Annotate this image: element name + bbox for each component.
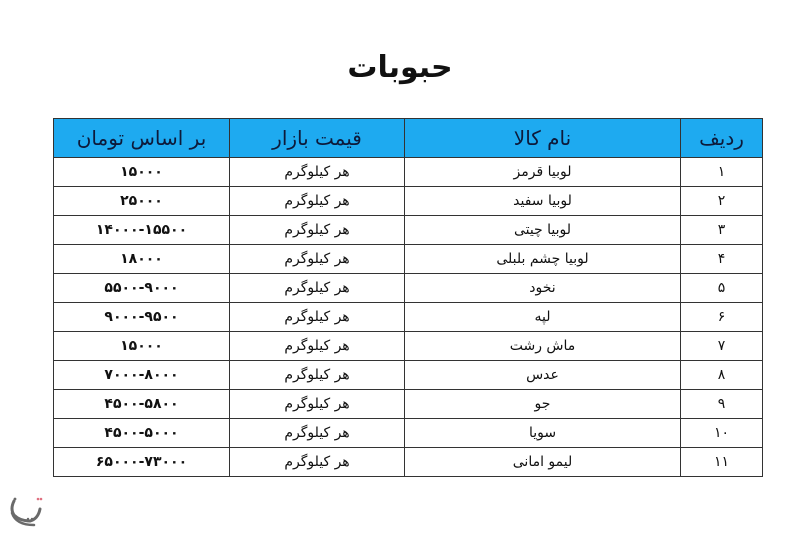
tasnim-logo-icon [6,495,46,535]
table-row: ۱ لوبیا قرمز هر کیلوگرم ۱۵۰۰۰ [54,158,763,187]
item-name: سویا [405,419,681,448]
table-row: ۴ لوبیا چشم بلبلی هر کیلوگرم ۱۸۰۰۰ [54,245,763,274]
unit: هر کیلوگرم [230,187,405,216]
unit: هر کیلوگرم [230,158,405,187]
item-name: عدس [405,361,681,390]
item-name: لیمو امانی [405,448,681,477]
table-row: ۳ لوبیا چیتی هر کیلوگرم ۱۴۰۰۰-۱۵۵۰۰ [54,216,763,245]
unit: هر کیلوگرم [230,419,405,448]
item-name: لوبیا چیتی [405,216,681,245]
item-name: لوبیا سفید [405,187,681,216]
unit: هر کیلوگرم [230,361,405,390]
table-row: ۹ جو هر کیلوگرم ۴۵۰۰-۵۸۰۰ [54,390,763,419]
header-row-number: ردیف [681,119,763,158]
table-row: ۱۰ سویا هر کیلوگرم ۴۵۰۰-۵۰۰۰ [54,419,763,448]
row-number: ۲ [681,187,763,216]
row-number: ۶ [681,303,763,332]
price: ۱۵۰۰۰ [54,332,230,361]
item-name: لوبیا چشم بلبلی [405,245,681,274]
price: ۷۰۰۰-۸۰۰۰ [54,361,230,390]
price: ۱۵۰۰۰ [54,158,230,187]
item-name: نخود [405,274,681,303]
row-number: ۷ [681,332,763,361]
table-header-row: ردیف نام کالا قیمت بازار بر اساس تومان [54,119,763,158]
item-name: لوبیا قرمز [405,158,681,187]
item-name: جو [405,390,681,419]
table-row: ۶ لپه هر کیلوگرم ۹۰۰۰-۹۵۰۰ [54,303,763,332]
price: ۴۵۰۰-۵۸۰۰ [54,390,230,419]
unit: هر کیلوگرم [230,332,405,361]
item-name: ماش رشت [405,332,681,361]
price: ۵۵۰۰-۹۰۰۰ [54,274,230,303]
price: ۲۵۰۰۰ [54,187,230,216]
header-price-basis: بر اساس تومان [54,119,230,158]
table-row: ۲ لوبیا سفید هر کیلوگرم ۲۵۰۰۰ [54,187,763,216]
table-row: ۵ نخود هر کیلوگرم ۵۵۰۰-۹۰۰۰ [54,274,763,303]
table-row: ۱۱ لیمو امانی هر کیلوگرم ۶۵۰۰۰-۷۳۰۰۰ [54,448,763,477]
price: ۴۵۰۰-۵۰۰۰ [54,419,230,448]
unit: هر کیلوگرم [230,303,405,332]
price: ۱۴۰۰۰-۱۵۵۰۰ [54,216,230,245]
row-number: ۵ [681,274,763,303]
page-title: حبوبات [0,44,800,92]
row-number: ۱۰ [681,419,763,448]
price: ۶۵۰۰۰-۷۳۰۰۰ [54,448,230,477]
row-number: ۸ [681,361,763,390]
price: ۹۰۰۰-۹۵۰۰ [54,303,230,332]
unit: هر کیلوگرم [230,216,405,245]
table-row: ۸ عدس هر کیلوگرم ۷۰۰۰-۸۰۰۰ [54,361,763,390]
unit: هر کیلوگرم [230,245,405,274]
price-table: ردیف نام کالا قیمت بازار بر اساس تومان ۱… [53,118,763,477]
row-number: ۱ [681,158,763,187]
unit: هر کیلوگرم [230,448,405,477]
unit: هر کیلوگرم [230,390,405,419]
item-name: لپه [405,303,681,332]
unit: هر کیلوگرم [230,274,405,303]
row-number: ۳ [681,216,763,245]
price: ۱۸۰۰۰ [54,245,230,274]
row-number: ۱۱ [681,448,763,477]
row-number: ۹ [681,390,763,419]
row-number: ۴ [681,245,763,274]
header-item-name: نام کالا [405,119,681,158]
header-market-price: قیمت بازار [230,119,405,158]
table-row: ۷ ماش رشت هر کیلوگرم ۱۵۰۰۰ [54,332,763,361]
